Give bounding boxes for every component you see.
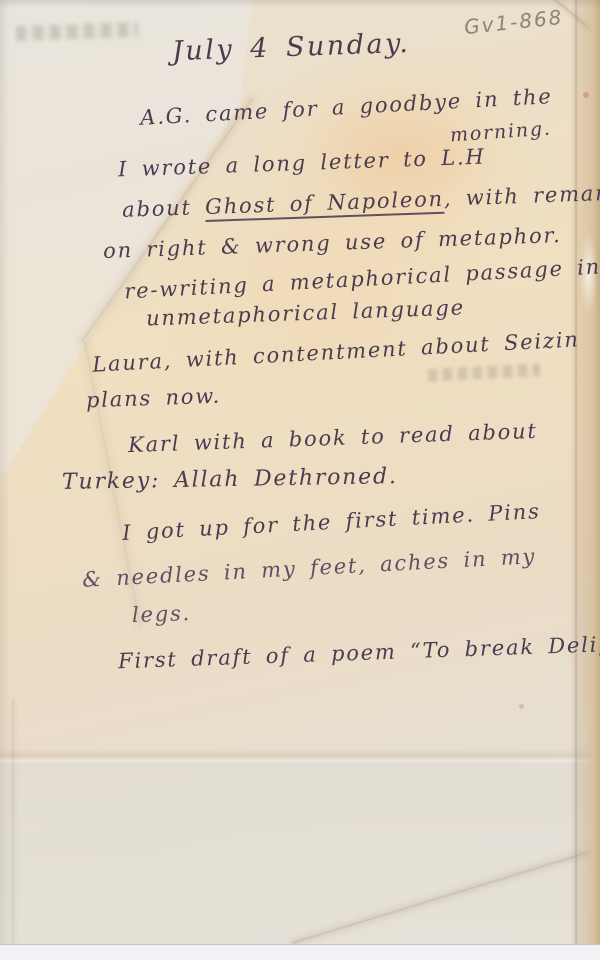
scanned-diary-page: Gv1-868 July 4 Sunday. A.G. came for a g… (0, 0, 600, 960)
handwritten-line: legs. (132, 601, 192, 627)
paper-lower-fold-region (0, 762, 600, 944)
paper-left-edge-shadow (0, 0, 10, 960)
handwritten-line: plans now. (86, 384, 222, 413)
right-edge-crease (575, 0, 577, 960)
line-text: about (122, 195, 206, 222)
paper-right-edge (574, 0, 600, 960)
paper-top-edge-shadow (0, 0, 600, 8)
scanner-edge-strip (0, 944, 600, 960)
foxing-speck (519, 704, 524, 709)
foxing-speck (583, 92, 589, 98)
